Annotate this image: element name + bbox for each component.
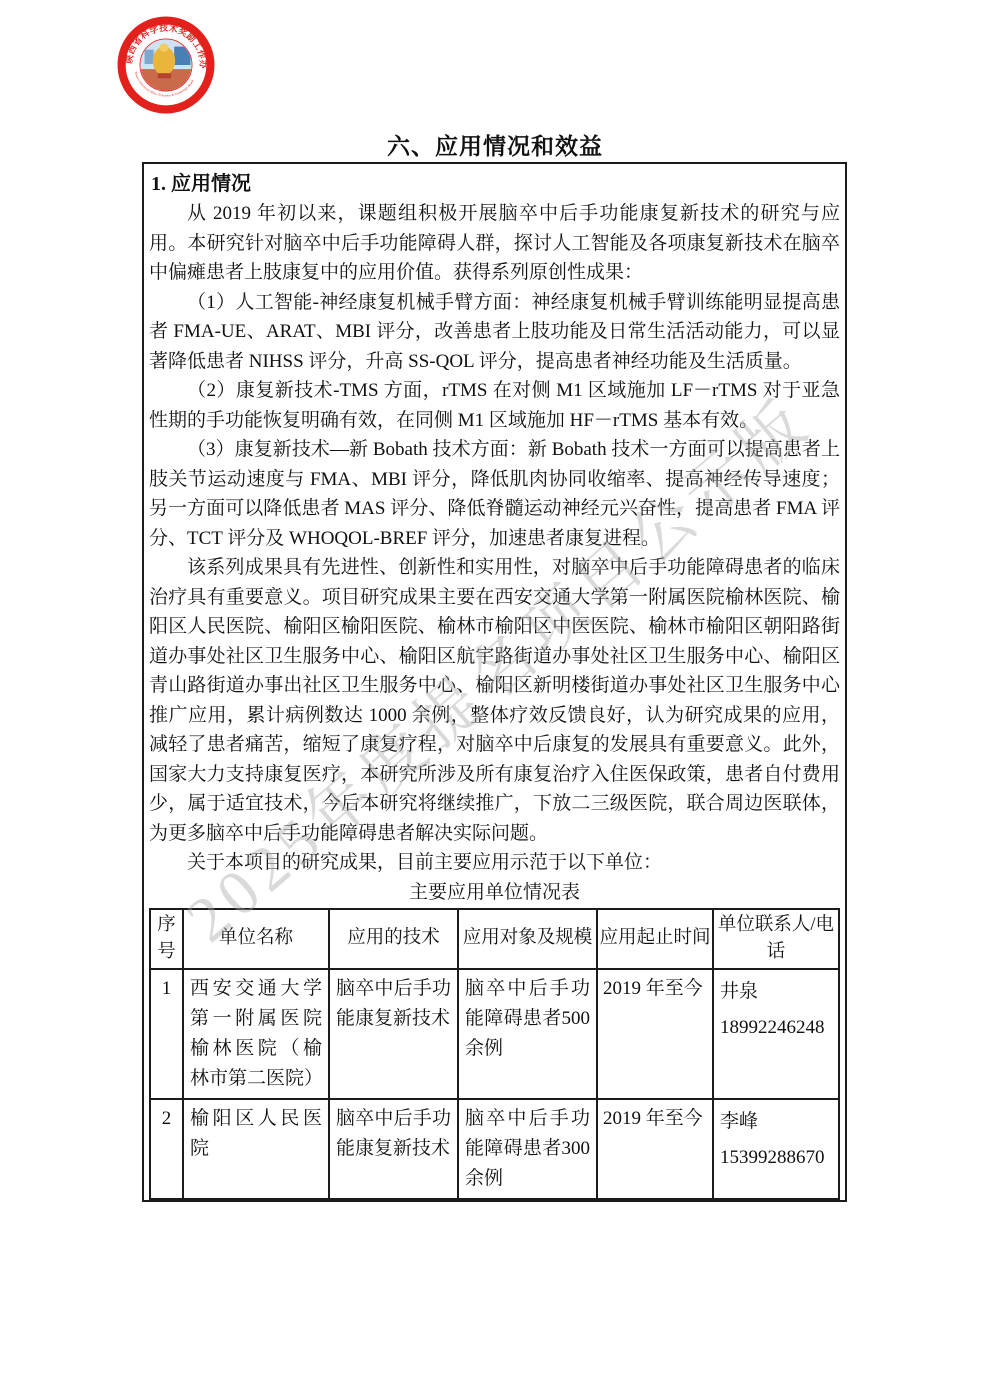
cell-unit-name: 西安交通大学第一附属医院榆林医院（榆林市第二医院） — [183, 969, 329, 1099]
paragraph-result-1: （1）人工智能-神经康复机械手臂方面：神经康复机械手臂训练能明显提高患者 FMA… — [149, 288, 840, 377]
col-header-scope: 应用对象及规模 — [458, 909, 597, 969]
table-caption: 主要应用单位情况表 — [149, 878, 840, 908]
col-header-period: 应用起止时间 — [597, 909, 713, 969]
seal-emblem-image — [140, 39, 191, 90]
cell-unit-name: 榆阳区人民医院 — [183, 1099, 329, 1199]
page-title: 六、应用情况和效益 — [0, 128, 990, 161]
section-heading: 1. 应用情况 — [151, 169, 840, 199]
paragraph-result-3: （3）康复新技术—新 Bobath 技术方面：新 Bobath 技术一方面可以提… — [149, 435, 840, 553]
paragraph-application: 该系列成果具有先进性、创新性和实用性，对脑卒中后手功能障碍患者的临床治疗具有重要… — [149, 553, 840, 848]
paragraph-units-intro: 关于本项目的研究成果，目前主要应用示范于以下单位： — [149, 848, 840, 878]
cell-scope: 脑卒中后手功能障碍患者500余例 — [458, 969, 597, 1099]
paragraph-overview: 从 2019 年初以来，课题组积极开展脑卒中后手功能康复新技术的研究与应用。本研… — [149, 199, 840, 288]
contact-name: 李峰 — [720, 1104, 832, 1140]
award-office-seal-icon: 陕西省科学技术奖励工作办公室 Shaanxi Provincial Office… — [117, 16, 215, 114]
col-header-contact: 单位联系人/电话 — [713, 909, 839, 969]
cell-contact: 李峰 15399288670 — [713, 1099, 839, 1199]
cell-period: 2019 年至今 — [597, 969, 713, 1099]
cell-technology: 脑卒中后手功能康复新技术 — [329, 969, 458, 1099]
table-header-row: 序号 单位名称 应用的技术 应用对象及规模 应用起止时间 单位联系人/电话 — [150, 909, 839, 969]
col-header-index: 序号 — [150, 909, 183, 969]
contact-phone: 18992246248 — [720, 1010, 832, 1046]
cell-period: 2019 年至今 — [597, 1099, 713, 1199]
table-row: 2 榆阳区人民医院 脑卒中后手功能康复新技术 脑卒中后手功能障碍患者300余例 … — [150, 1099, 839, 1199]
cell-index: 2 — [150, 1099, 183, 1199]
table-row: 1 西安交通大学第一附属医院榆林医院（榆林市第二医院） 脑卒中后手功能康复新技术… — [150, 969, 839, 1099]
col-header-unit-name: 单位名称 — [183, 909, 329, 969]
contact-name: 井泉 — [720, 974, 832, 1010]
col-header-technology: 应用的技术 — [329, 909, 458, 969]
cell-technology: 脑卒中后手功能康复新技术 — [329, 1099, 458, 1199]
cell-contact: 井泉 18992246248 — [713, 969, 839, 1099]
paragraph-result-2: （2）康复新技术-TMS 方面，rTMS 在对侧 M1 区域施加 LF－rTMS… — [149, 376, 840, 435]
application-units-table: 序号 单位名称 应用的技术 应用对象及规模 应用起止时间 单位联系人/电话 1 … — [149, 908, 840, 1200]
cell-scope: 脑卒中后手功能障碍患者300余例 — [458, 1099, 597, 1199]
document-page: 陕西省科学技术奖励工作办公室 Shaanxi Provincial Office… — [0, 0, 990, 1399]
contact-phone: 15399288670 — [720, 1140, 832, 1176]
application-section-box: 1. 应用情况 从 2019 年初以来，课题组积极开展脑卒中后手功能康复新技术的… — [142, 162, 847, 1202]
cell-index: 1 — [150, 969, 183, 1099]
